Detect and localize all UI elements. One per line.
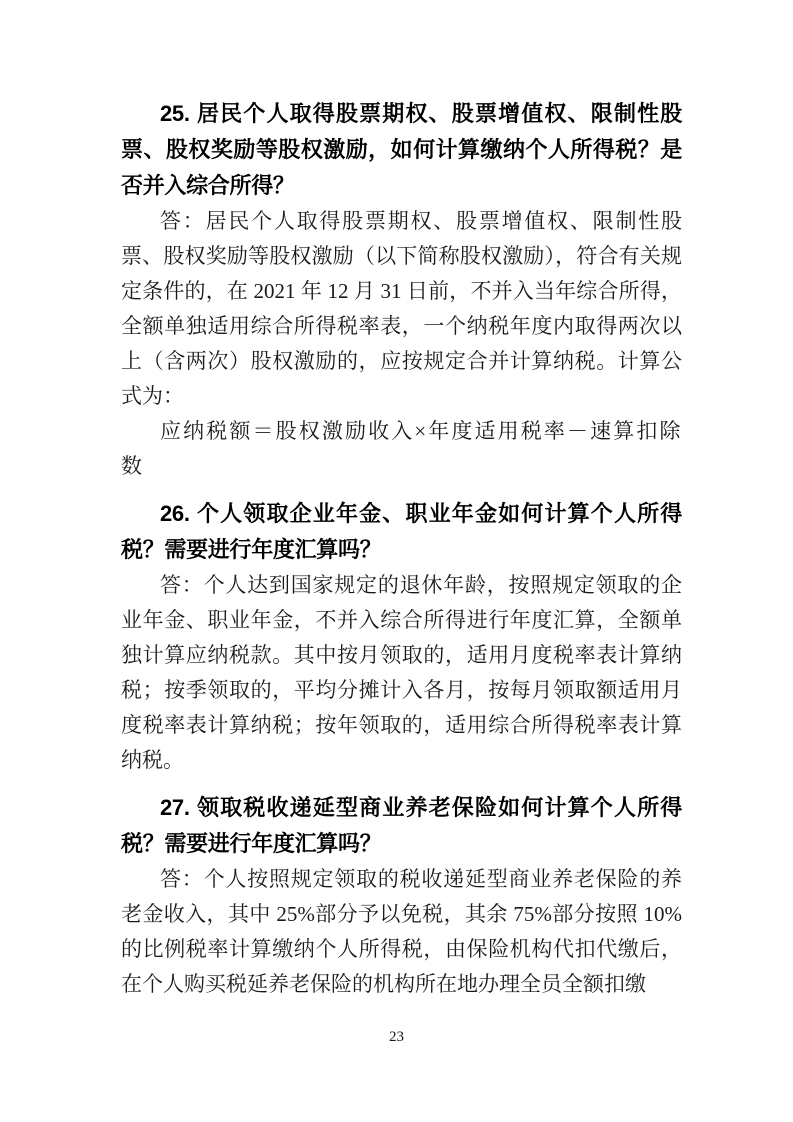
page-footer: 23 [0,1028,793,1046]
question-25-formula-paragraph: 应纳税额＝股权激励收入×年度适用税率－速算扣除数 [121,414,682,484]
qa-section-25: 25. 居民个人取得股票期权、股票增值权、限制性股票、股权奖励等股权激励，如何计… [121,96,682,484]
document-page: 25. 居民个人取得股票期权、股票增值权、限制性股票、股权奖励等股权激励，如何计… [0,0,793,1122]
page-content: 25. 居民个人取得股票期权、股票增值权、限制性股票、股权奖励等股权激励，如何计… [121,96,682,1002]
qa-section-26: 26. 个人领取企业年金、职业年金如何计算个人所得税？需要进行年度汇算吗？ 答：… [121,496,682,778]
question-26-answer-paragraph: 答：个人达到国家规定的退休年龄，按照规定领取的企业年金、职业年金，不并入综合所得… [121,568,682,778]
question-25-answer-paragraph: 答：居民个人取得股票期权、股票增值权、限制性股票、股权奖励等股权激励（以下简称股… [121,204,682,414]
qa-section-27: 27. 领取税收递延型商业养老保险如何计算个人所得税？需要进行年度汇算吗？ 答：… [121,790,682,1002]
question-27-answer-paragraph: 答：个人按照规定领取的税收递延型商业养老保险的养老金收入，其中 25%部分予以免… [121,862,682,1002]
question-27-heading: 27. 领取税收递延型商业养老保险如何计算个人所得税？需要进行年度汇算吗？ [121,790,682,862]
question-26-heading: 26. 个人领取企业年金、职业年金如何计算个人所得税？需要进行年度汇算吗？ [121,496,682,568]
question-25-heading: 25. 居民个人取得股票期权、股票增值权、限制性股票、股权奖励等股权激励，如何计… [121,96,682,204]
page-number: 23 [389,1029,404,1045]
